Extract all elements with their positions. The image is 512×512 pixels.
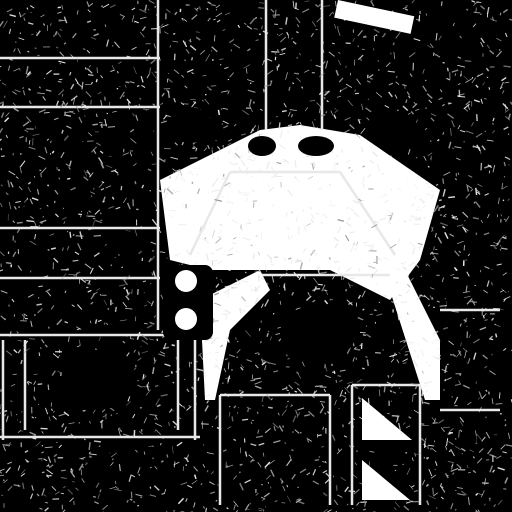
dark-square: [62, 350, 120, 408]
right-fan-edge: [385, 270, 440, 400]
top-streak: [334, 0, 414, 34]
streak-triangle: [362, 460, 410, 500]
bolt-circle: [175, 308, 197, 330]
texture-canvas: [0, 0, 512, 512]
texture-atlas: [0, 0, 512, 512]
bolt-circle: [175, 270, 197, 292]
